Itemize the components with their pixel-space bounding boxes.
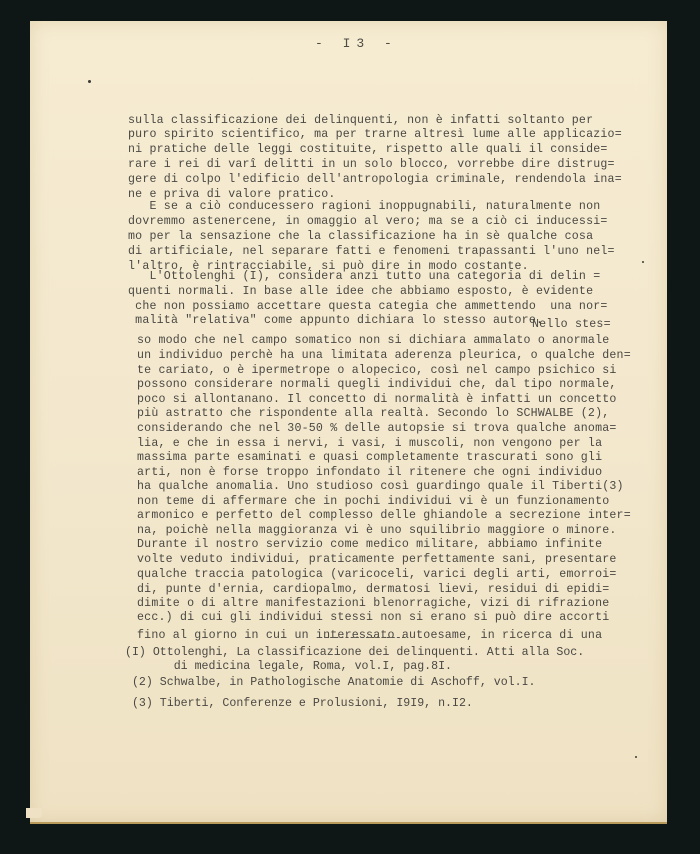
text-line: un individuo perchè ha una limitata ader…	[137, 349, 631, 362]
text-line: na, poichè nella maggioranza vi è uno sq…	[137, 524, 617, 537]
text-line: non teme di affermare che in pochi indiv…	[137, 495, 609, 508]
text-line: te cariato, o è ipermetrope o alopecico,…	[137, 364, 617, 377]
text-line: L'Ottolenghi (I), considera anzi tutto u…	[128, 270, 600, 283]
footnote-line: di medicina legale, Roma, vol.I, pag.8I.	[125, 660, 452, 673]
text-line: possono considerare normali quegli indiv…	[137, 378, 617, 391]
text-line: Durante il nostro servizio come medico m…	[137, 538, 602, 551]
text-line: poco si allontanano. Il concetto di norm…	[137, 393, 617, 406]
text-line: qualche traccia patologica (varicoceli, …	[137, 568, 617, 581]
text-line: più astratto che rispondente alla realtà…	[137, 407, 609, 420]
text-line: ha qualche anomalia. Uno studioso così g…	[137, 480, 624, 493]
footnote-line: (3) Tiberti, Conferenze e Prolusioni, I9…	[125, 697, 473, 710]
text-line: arti, non è forse troppo infondato il ri…	[137, 466, 602, 479]
text-line: ecc.) di cui gli individui stessi non si…	[137, 611, 609, 624]
text-line: dovremmo astenercene, in omaggio al vero…	[128, 215, 608, 228]
text-line: mo per la sensazione che la classificazi…	[128, 230, 593, 243]
text-line: rare i rei di varî delitti in un solo bl…	[128, 158, 615, 171]
text-line: di, punte d'ernia, cardiopalmo, dermatos…	[137, 583, 609, 596]
text-line: armonico e perfetto del complesso delle …	[137, 509, 631, 522]
footnote-divider	[325, 637, 405, 638]
text-line: dimite o di altre manifestazioni blenorr…	[137, 597, 609, 610]
paper-speck	[88, 80, 91, 83]
paper-corner-fold	[26, 808, 42, 818]
paper-speck	[642, 261, 644, 263]
text-line: gere di colpo l'edificio dell'antropolog…	[128, 173, 622, 186]
text-line: quenti normali. In base alle idee che ab…	[128, 285, 593, 298]
text-line: massima parte esaminati e quasi completa…	[137, 451, 602, 464]
text-line: che non possiamo accettare questa categi…	[128, 300, 608, 313]
footnote-line: (2) Schwalbe, in Pathologische Anatomie …	[125, 676, 536, 689]
text-line: volte veduto individui, praticamente per…	[137, 553, 617, 566]
text-line: considerando che nel 30-50 % delle autop…	[137, 422, 617, 435]
text-line: so modo che nel campo somatico non si di…	[137, 334, 609, 347]
text-line: sulla classificazione dei delinquenti, n…	[128, 114, 593, 127]
text-line: ni pratiche delle leggi costituite, risp…	[128, 143, 608, 156]
text-line: Nello stes=	[532, 318, 611, 331]
text-line: di artificiale, nel separare fatti e fen…	[128, 245, 615, 258]
text-line: puro spirito scientifico, ma per trarne …	[128, 128, 622, 141]
text-line: E se a ciò conducessero ragioni inoppugn…	[128, 200, 600, 213]
footnote-line: (I) Ottolenghi, La classificazione dei d…	[125, 646, 584, 659]
text-line: malità "relativa" come appunto dichiara …	[128, 314, 543, 327]
page-number: - I3 -	[315, 36, 398, 51]
text-line: lia, e che in essa i nervi, i vasi, i mu…	[137, 437, 602, 450]
paper-speck	[635, 756, 637, 758]
text-line: fino al giorno in cui un interessato aut…	[137, 629, 602, 642]
